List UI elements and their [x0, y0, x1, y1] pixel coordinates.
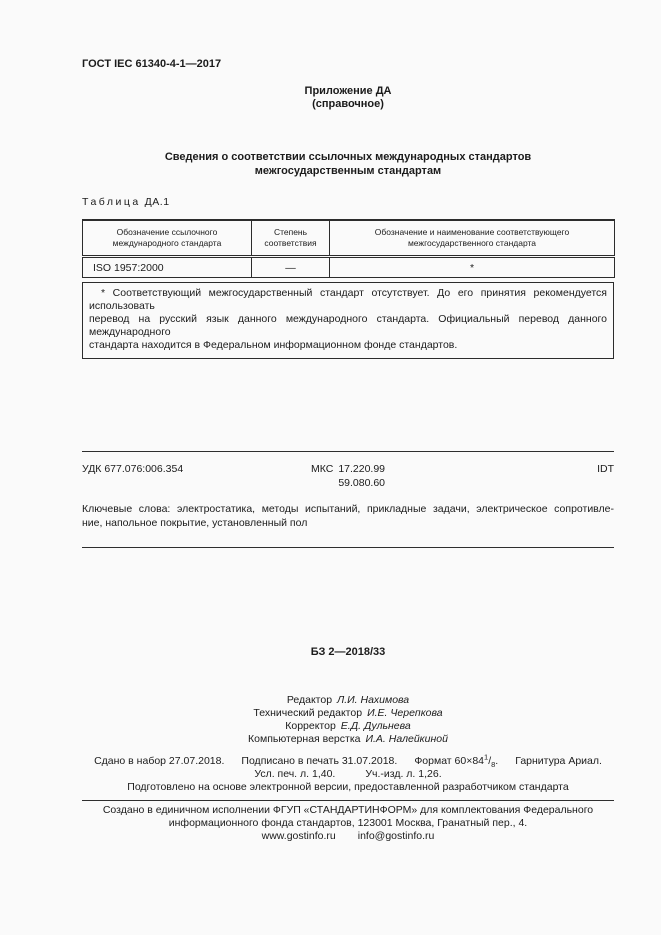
credit-name: Л.И. Нахимова — [337, 694, 409, 706]
divider-rule-top — [82, 451, 614, 452]
credit-role: Технический редактор — [253, 707, 362, 719]
bz-code: БЗ 2—2018/33 — [82, 646, 614, 658]
footnote-line-3: стандарта находится в Федеральном информ… — [89, 339, 607, 352]
publisher-line-1: Создано в единичном исполнении ФГУП «СТА… — [82, 804, 614, 817]
credit-role: Компьютерная верстка — [248, 733, 360, 745]
keywords-paragraph: Ключевые слова: электростатика, методы и… — [82, 502, 614, 530]
annex-heading: Приложение ДА (справочное) — [82, 85, 614, 111]
section-title-line-2: межгосударственным стандартам — [82, 164, 614, 178]
table-row: ISO 1957:2000 — * — [83, 257, 615, 278]
correspondence-table: Обозначение ссылочного международного ст… — [82, 219, 615, 278]
typeface: Гарнитура Ариал. — [515, 755, 602, 768]
cell-degree: — — [252, 257, 330, 278]
print-info-block: Сдано в набор 27.07.2018. Подписано в пе… — [82, 755, 614, 794]
mks-code-2: 59.080.60 — [338, 476, 385, 490]
signed-to-print: Подписано в печать 31.07.2018. — [241, 755, 397, 768]
credit-technical-editor: Технический редакторИ.Е. Черепкова — [82, 707, 614, 720]
document-page: ГОСТ IEC 61340-4-1—2017 Приложение ДА (с… — [0, 0, 661, 935]
divider-rule-middle — [82, 547, 614, 548]
publisher-block: Создано в единичном исполнении ФГУП «СТА… — [82, 804, 614, 843]
credit-editor: РедакторЛ.И. Нахимова — [82, 694, 614, 707]
mks-code-1: 17.220.99 — [338, 462, 385, 476]
table-caption-label: Таблица — [82, 196, 141, 208]
divider-rule-bottom — [82, 800, 614, 801]
publisher-contacts: www.gostinfo.ru info@gostinfo.ru — [82, 830, 614, 843]
mks-block: МКС 17.220.99 59.080.60 — [311, 462, 385, 490]
section-title: Сведения о соответствии ссылочных междун… — [82, 150, 614, 178]
cell-interstate-standard: * — [330, 257, 615, 278]
publisher-website: www.gostinfo.ru — [262, 830, 336, 843]
keywords-line-1: Ключевые слова: электростатика, методы и… — [82, 502, 614, 516]
table-caption-number: ДА.1 — [145, 196, 170, 208]
mks-codes: 17.220.99 59.080.60 — [338, 462, 385, 490]
credit-name: Е.Д. Дульнева — [341, 720, 411, 732]
prepared-note: Подготовлено на основе электронной верси… — [82, 781, 614, 794]
table-header-row: Обозначение ссылочного международного ст… — [83, 220, 615, 257]
footnote-line-1: * Соответствующий межгосударственный ста… — [89, 287, 607, 313]
footnote-line-2: перевод на русский язык данного междунар… — [89, 313, 607, 339]
table-footnote-box: * Соответствующий межгосударственный ста… — [82, 282, 614, 359]
publisher-email: info@gostinfo.ru — [358, 830, 435, 843]
annex-title: Приложение ДА — [82, 85, 614, 98]
credit-role: Корректор — [285, 720, 336, 732]
cell-reference-standard: ISO 1957:2000 — [83, 257, 252, 278]
idt-label: IDT — [385, 462, 614, 476]
column-header-degree: Степень соответствия — [252, 220, 330, 257]
credits-block: РедакторЛ.И. Нахимова Технический редакт… — [82, 694, 614, 746]
credit-layout: Компьютерная версткаИ.А. Налейкиной — [82, 733, 614, 746]
credit-role: Редактор — [287, 694, 332, 706]
table-caption: ТаблицаДА.1 — [82, 196, 614, 208]
annex-subtitle: (справочное) — [82, 98, 614, 111]
print-info-line-2: Усл. печ. л. 1,40. Уч.-изд. л. 1,26. — [82, 768, 614, 781]
classification-row: УДК 677.076:006.354 МКС 17.220.99 59.080… — [82, 462, 614, 490]
paper-format: Формат 60×841/8. — [414, 755, 498, 768]
publisher-line-2: информационного фонда стандартов, 123001… — [82, 817, 614, 830]
credit-proofreader: КорректорЕ.Д. Дульнева — [82, 720, 614, 733]
conventional-sheets: Усл. печ. л. 1,40. — [254, 768, 335, 781]
section-title-line-1: Сведения о соответствии ссылочных междун… — [82, 150, 614, 164]
correspondence-table-block: Обозначение ссылочного международного ст… — [82, 219, 614, 359]
document-code: ГОСТ IEC 61340-4-1—2017 — [82, 58, 614, 70]
print-info-line-1: Сдано в набор 27.07.2018. Подписано в пе… — [82, 755, 614, 768]
credit-name: И.А. Налейкиной — [366, 733, 448, 745]
column-header-reference-standard: Обозначение ссылочного международного ст… — [83, 220, 252, 257]
udk-code: УДК 677.076:006.354 — [82, 462, 311, 476]
credit-name: И.Е. Черепкова — [367, 707, 443, 719]
keywords-line-2: ние, напольное покрытие, установленный п… — [82, 516, 614, 530]
publishing-sheets: Уч.-изд. л. 1,26. — [365, 768, 441, 781]
sent-to-typesetting: Сдано в набор 27.07.2018. — [94, 755, 224, 768]
column-header-interstate-standard: Обозначение и наименование соответствующ… — [330, 220, 615, 257]
mks-label: МКС — [311, 462, 333, 490]
